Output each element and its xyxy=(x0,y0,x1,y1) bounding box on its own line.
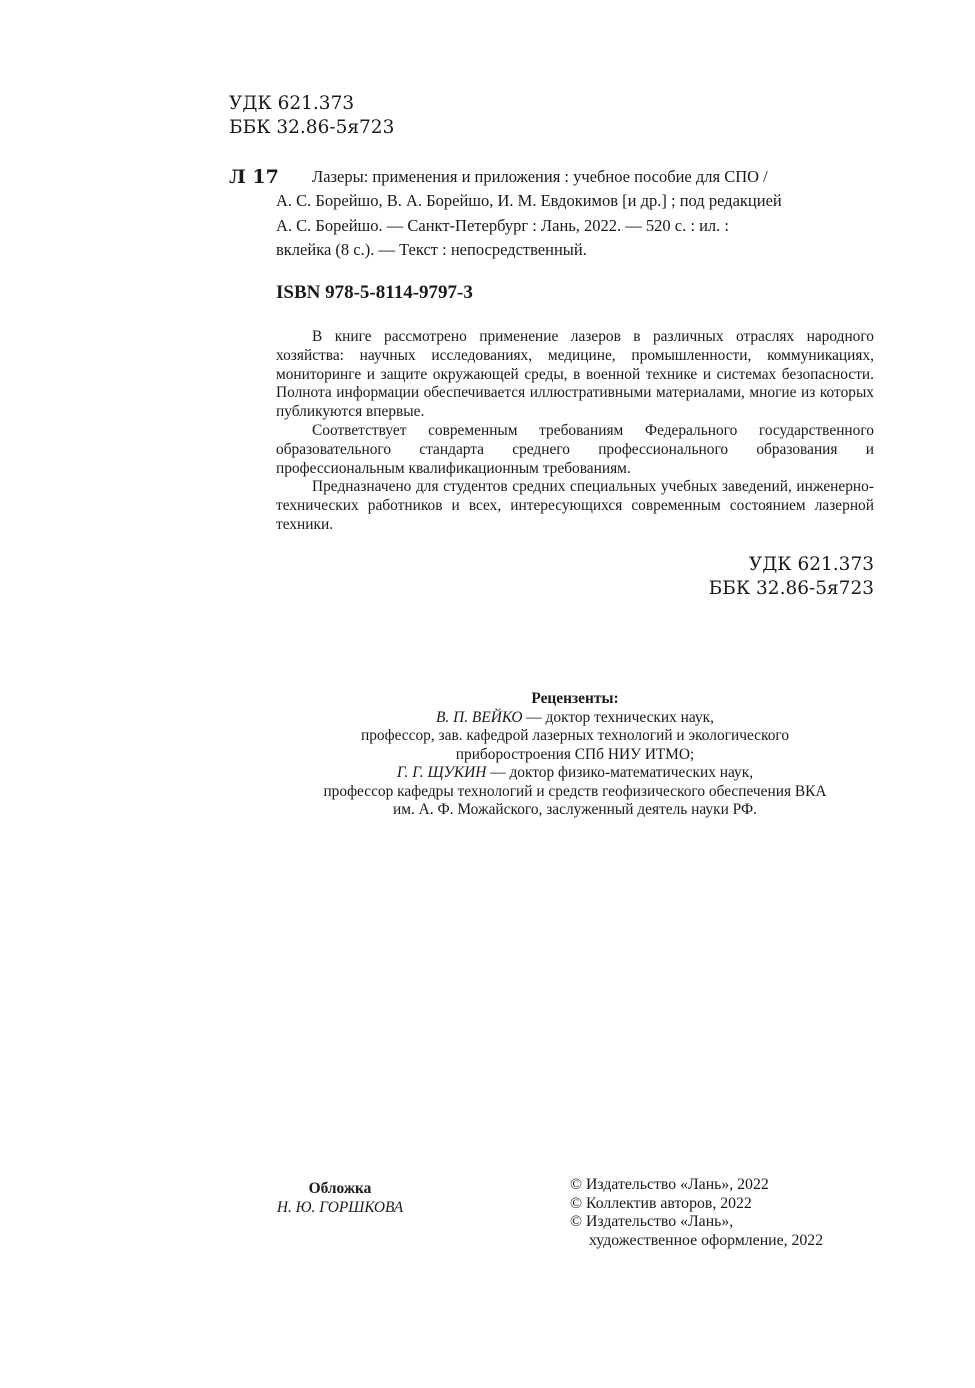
classification-codes-bottom: УДК 621.373 ББК 32.86-5я723 xyxy=(660,553,874,601)
biblio-line: вклейка (8 с.). — Текст : непосредственн… xyxy=(276,238,874,262)
annotation-paragraph: Соответствует современным требованиям Фе… xyxy=(276,422,874,478)
reviewer-1: В. П. ВЕЙКО — доктор технических наук, xyxy=(270,709,880,728)
bbk-code: ББК 32.86-5я723 xyxy=(660,577,874,601)
udk-code: УДК 621.373 xyxy=(229,92,394,116)
cover-credit: Обложка Н. Ю. ГОРШКОВА xyxy=(240,1180,440,1217)
isbn: ISBN 978-5-8114-9797-3 xyxy=(276,281,473,305)
reviewer-2-line: им. А. Ф. Можайского, заслуженный деятел… xyxy=(270,801,880,820)
biblio-line: А. С. Борейшо. — Санкт-Петербург : Лань,… xyxy=(276,214,874,238)
reviewer-2: Г. Г. ЩУКИН — доктор физико-математическ… xyxy=(270,764,880,783)
cover-heading: Обложка xyxy=(240,1180,440,1199)
reviewer-2-name: Г. Г. ЩУКИН xyxy=(397,764,486,781)
annotation-paragraph: Предназначено для студентов средних спец… xyxy=(276,478,874,534)
reviewer-1-line: профессор, зав. кафедрой лазерных технол… xyxy=(270,727,880,746)
bbk-code: ББК 32.86-5я723 xyxy=(229,116,394,140)
reviewers: Рецензенты: В. П. ВЕЙКО — доктор техниче… xyxy=(270,690,880,820)
reviewer-2-line: профессор кафедры технологий и средств г… xyxy=(270,783,880,802)
cover-designer: Н. Ю. ГОРШКОВА xyxy=(240,1199,440,1218)
biblio-line: А. С. Борейшо, В. А. Борейшо, И. М. Евдо… xyxy=(276,189,874,213)
biblio-line: Лазеры: применения и приложения : учебно… xyxy=(276,165,874,189)
copyright-line: © Коллектив авторов, 2022 xyxy=(570,1195,823,1214)
copyright-line: © Издательство «Лань», xyxy=(570,1213,823,1232)
copyright-line: художественное оформление, 2022 xyxy=(570,1232,823,1251)
author-mark: Л 17 xyxy=(229,165,279,189)
reviewer-1-name: В. П. ВЕЙКО xyxy=(436,709,522,726)
udk-code: УДК 621.373 xyxy=(660,553,874,577)
reviewer-1-title: — доктор технических наук, xyxy=(522,709,714,726)
copyright-line: © Издательство «Лань», 2022 xyxy=(570,1176,823,1195)
copyright-block: © Издательство «Лань», 2022 © Коллектив … xyxy=(570,1176,823,1250)
annotation-paragraph: В книге рассмотрено применение лазеров в… xyxy=(276,328,874,422)
bibliographic-record: Лазеры: применения и приложения : учебно… xyxy=(276,165,874,262)
reviewer-2-title: — доктор физико-математических наук, xyxy=(486,764,753,781)
reviewer-1-line: приборостроения СПб НИУ ИТМО; xyxy=(270,746,880,765)
reviewers-heading: Рецензенты: xyxy=(270,690,880,709)
annotation: В книге рассмотрено применение лазеров в… xyxy=(276,328,874,535)
classification-codes-top: УДК 621.373 ББК 32.86-5я723 xyxy=(229,92,394,140)
